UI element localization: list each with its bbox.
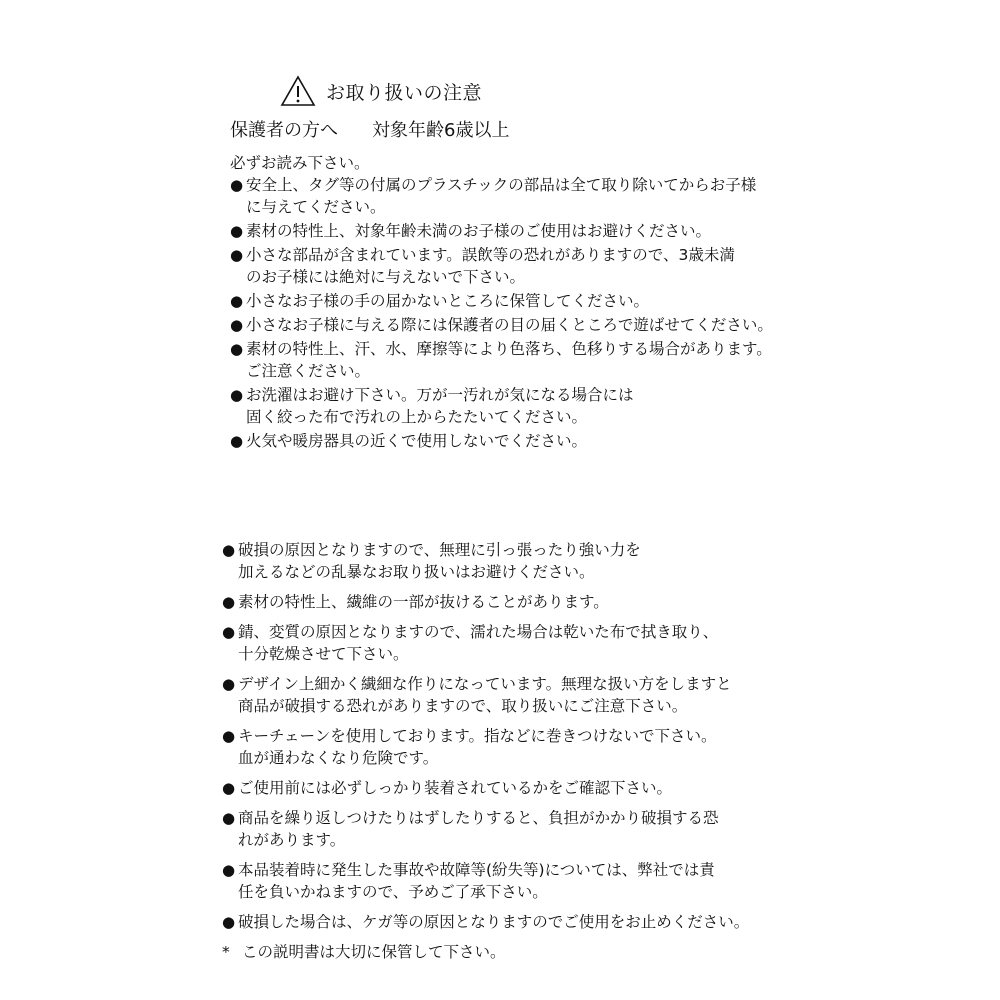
- precaution-item: ●キーチェーンを使用しております。指などに巻きつけないで下さい。 血が通わなくな…: [222, 725, 749, 769]
- precaution-item: ●お洗濯はお避け下さい。万が一汚れが気になる場合には 固く絞った布で汚れの上から…: [230, 384, 773, 428]
- precaution-item: ●本品装着時に発生した事故や故障等(紛失等)については、弊社では責 任を負いかね…: [222, 859, 749, 903]
- precaution-item: ●商品を繰り返しつけたりはずしたりすると、負担がかかり破損する恐 れがあります。: [222, 807, 749, 851]
- bullet-icon: ●: [222, 911, 238, 933]
- document-title: お取り扱いの注意: [326, 78, 482, 105]
- item-text: 素材の特性上、対象年齢未満のお子様のご使用はお避けください。: [246, 222, 711, 240]
- bullet-icon: ●: [230, 430, 246, 452]
- precaution-item: ●小さな部品が含まれています。誤飲等の恐れがありますので、3歳未満 のお子様には…: [230, 244, 773, 288]
- footnote-text: この説明書は大切に保管して下さい。: [242, 943, 506, 961]
- item-text: 血が通わなくなり危険です。: [238, 749, 438, 767]
- item-text: 破損した場合は、ケガ等の原因となりますのでご使用をお止めください。: [238, 913, 749, 931]
- audience-label: 保護者の方へ: [230, 116, 338, 142]
- precaution-item: ●素材の特性上、対象年齢未満のお子様のご使用はお避けください。: [230, 220, 773, 242]
- item-text: 任を負いかねますので、予めご了承下さい。: [238, 883, 548, 901]
- item-text: 火気や暖房器具の近くで使用しないでください。: [246, 432, 587, 450]
- bullet-icon: ●: [222, 725, 238, 747]
- age-target-label: 対象年齢6歳以上: [372, 116, 509, 142]
- bullet-icon: ●: [230, 244, 246, 266]
- item-text: のお子様には絶対に与えないで下さい。: [246, 268, 525, 286]
- precautions-section-1: 必ずお読み下さい。 ●安全上、タグ等の付属のプラスチックの部品は全て取り除いてか…: [230, 152, 773, 454]
- item-text: キーチェーンを使用しております。指などに巻きつけないで下さい。: [238, 727, 717, 745]
- item-text: 十分乾燥させて下さい。: [238, 645, 409, 663]
- footnote: *この説明書は大切に保管して下さい。: [222, 941, 749, 963]
- item-text: お洗濯はお避け下さい。万が一汚れが気になる場合には: [246, 386, 634, 404]
- bullet-icon: ●: [222, 807, 238, 829]
- precaution-item: ●素材の特性上、汗、水、摩擦等により色落ち、色移りする場合があります。 ご注意く…: [230, 338, 773, 382]
- precaution-item: ●破損の原因となりますので、無理に引っ張ったり強い力を 加えるなどの乱暴なお取り…: [222, 539, 749, 583]
- bullet-icon: ●: [222, 591, 238, 613]
- item-text: 小さな部品が含まれています。誤飲等の恐れがありますので、3歳未満: [246, 246, 735, 264]
- audience-row: 保護者の方へ 対象年齢6歳以上: [230, 116, 509, 142]
- warning-triangle-icon: [280, 75, 316, 107]
- item-text: デザイン上細かく繊細な作りになっています。無理な扱い方をしますと: [238, 675, 732, 693]
- item-text: 商品が破損する恐れがありますので、取り扱いにご注意下さい。: [238, 697, 687, 715]
- item-text: 素材の特性上、繊維の一部が抜けることがあります。: [238, 593, 609, 611]
- item-text: 商品を繰り返しつけたりはずしたりすると、負担がかかり破損する恐: [238, 809, 719, 827]
- bullet-icon: ●: [230, 314, 246, 336]
- item-text: 小さなお子様の手の届かないところに保管してください。: [246, 292, 649, 310]
- precaution-item: ●ご使用前には必ずしっかり装着されているかをご確認下さい。: [222, 777, 749, 799]
- item-text: 安全上、タグ等の付属のプラスチックの部品は全て取り除いてからお子様: [246, 176, 756, 194]
- precaution-item: ●安全上、タグ等の付属のプラスチックの部品は全て取り除いてからお子様 に与えてく…: [230, 174, 773, 218]
- item-text: 錆、変質の原因となりますので、濡れた場合は乾いた布で拭き取り、: [238, 623, 718, 641]
- bullet-icon: ●: [222, 621, 238, 643]
- bullet-icon: ●: [230, 174, 246, 196]
- bullet-icon: ●: [222, 859, 238, 881]
- item-text: 本品装着時に発生した事故や故障等(紛失等)については、弊社では責: [238, 861, 715, 879]
- item-text: 破損の原因となりますので、無理に引っ張ったり強い力を: [238, 541, 641, 559]
- bullet-icon: ●: [230, 338, 246, 360]
- bullet-icon: ●: [222, 777, 238, 799]
- asterisk-icon: *: [222, 941, 242, 963]
- item-text: ご注意ください。: [246, 362, 370, 380]
- item-text: ご使用前には必ずしっかり装着されているかをご確認下さい。: [238, 779, 672, 797]
- precaution-item: ●素材の特性上、繊維の一部が抜けることがあります。: [222, 591, 749, 613]
- item-text: れがあります。: [238, 831, 345, 849]
- bullet-icon: ●: [222, 539, 238, 561]
- precaution-item: ●小さなお子様の手の届かないところに保管してください。: [230, 290, 773, 312]
- precaution-item: ●破損した場合は、ケガ等の原因となりますのでご使用をお止めください。: [222, 911, 749, 933]
- bullet-icon: ●: [230, 384, 246, 406]
- care-instructions-document: お取り扱いの注意 保護者の方へ 対象年齢6歳以上 必ずお読み下さい。 ●安全上、…: [0, 0, 1000, 1000]
- precautions-section-2: ●破損の原因となりますので、無理に引っ張ったり強い力を 加えるなどの乱暴なお取り…: [222, 539, 749, 963]
- precaution-item: ●小さなお子様に与える際には保護者の目の届くところで遊ばせてください。: [230, 314, 773, 336]
- bullet-icon: ●: [230, 290, 246, 312]
- bullet-icon: ●: [222, 673, 238, 695]
- item-text: 素材の特性上、汗、水、摩擦等により色落ち、色移りする場合があります。: [246, 340, 772, 358]
- item-text: 小さなお子様に与える際には保護者の目の届くところで遊ばせてください。: [246, 316, 773, 334]
- title-row: お取り扱いの注意: [280, 74, 482, 108]
- precaution-item: ●デザイン上細かく繊細な作りになっています。無理な扱い方をしますと 商品が破損す…: [222, 673, 749, 717]
- item-text: に与えてください。: [246, 198, 386, 216]
- bullet-icon: ●: [230, 220, 246, 242]
- precaution-item: ●錆、変質の原因となりますので、濡れた場合は乾いた布で拭き取り、 十分乾燥させて…: [222, 621, 749, 665]
- item-text: 加えるなどの乱暴なお取り扱いはお避けください。: [238, 563, 595, 581]
- item-text: 固く絞った布で汚れの上からたたいてください。: [246, 408, 587, 426]
- precaution-item: ●火気や暖房器具の近くで使用しないでください。: [230, 430, 773, 452]
- intro-text: 必ずお読み下さい。: [230, 152, 773, 174]
